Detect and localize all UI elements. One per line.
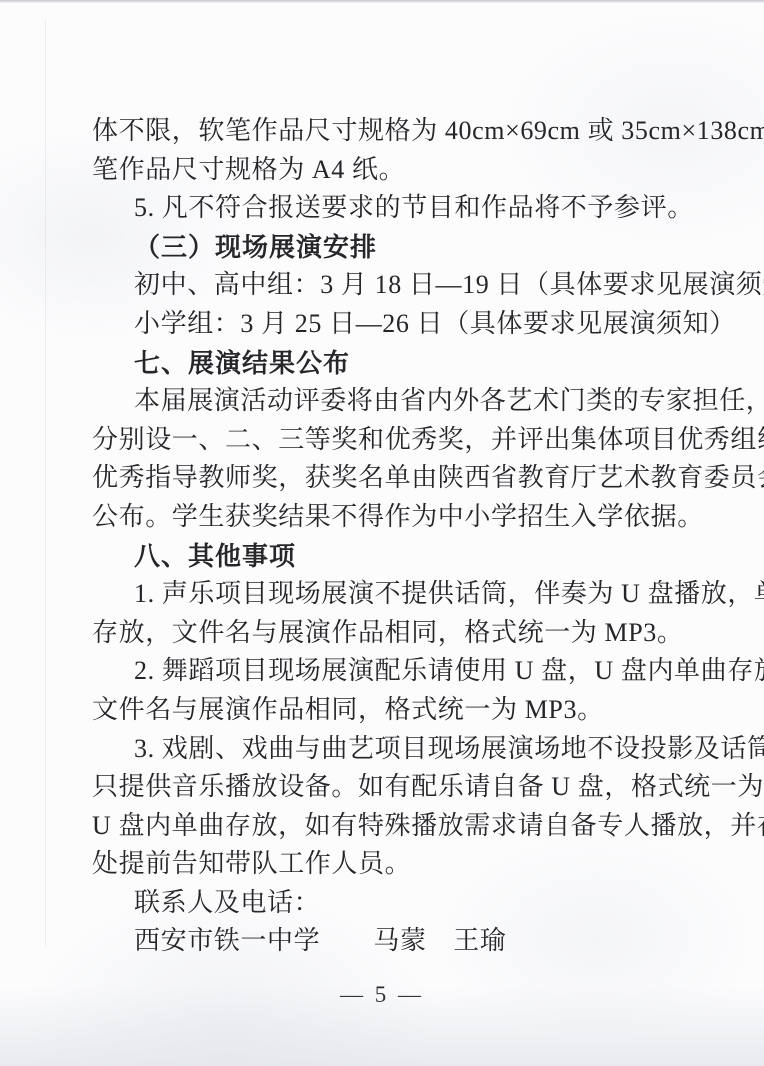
document-text-line: 优秀指导教师奖，获奖名单由陕西省教育厅艺术教育委员会发文 bbox=[92, 459, 678, 498]
document-heading-line: 八、其他事项 bbox=[92, 537, 678, 576]
document-body: 体不限，软笔作品尺寸规格为 40cm×69cm 或 35cm×138cm；硬笔作… bbox=[92, 112, 678, 961]
document-text-line: 3. 戏剧、戏曲与曲艺项目现场展演场地不设投影及话筒， bbox=[92, 730, 678, 769]
document-heading-line: （三）现场展演安排 bbox=[92, 228, 678, 267]
document-text-line: 5. 凡不符合报送要求的节目和作品将不予参评。 bbox=[92, 189, 678, 228]
document-heading-line: 七、展演结果公布 bbox=[92, 344, 678, 383]
document-text-line: 联系人及电话： bbox=[92, 884, 678, 923]
document-text-line: 初中、高中组：3 月 18 日—19 日（具体要求见展演须知） bbox=[92, 266, 678, 305]
document-text-line: 2. 舞蹈项目现场展演配乐请使用 U 盘，U 盘内单曲存放， bbox=[92, 652, 678, 691]
document-text-line: 处提前告知带队工作人员。 bbox=[92, 845, 678, 884]
document-text-line: 1. 声乐项目现场展演不提供话筒，伴奏为 U 盘播放，单曲 bbox=[92, 575, 678, 614]
document-text-line: 存放，文件名与展演作品相同，格式统一为 MP3。 bbox=[92, 614, 678, 653]
document-text-line: 体不限，软笔作品尺寸规格为 40cm×69cm 或 35cm×138cm；硬 bbox=[92, 112, 678, 151]
document-text-line: 本届展演活动评委将由省内外各艺术门类的专家担任，各组 bbox=[92, 382, 678, 421]
scan-top-edge-artifact bbox=[0, 0, 764, 3]
document-page: 体不限，软笔作品尺寸规格为 40cm×69cm 或 35cm×138cm；硬笔作… bbox=[0, 0, 764, 1066]
document-text-line: 公布。学生获奖结果不得作为中小学招生入学依据。 bbox=[92, 498, 678, 537]
scan-left-line-artifact bbox=[45, 20, 46, 946]
document-text-line: 只提供音乐播放设备。如有配乐请自备 U 盘，格式统一为 MP3。 bbox=[92, 768, 678, 807]
document-text-line: 文件名与展演作品相同，格式统一为 MP3。 bbox=[92, 691, 678, 730]
document-text-line: 笔作品尺寸规格为 A4 纸。 bbox=[92, 151, 678, 190]
document-text-line: U 盘内单曲存放，如有特殊播放需求请自备专人播放，并在检录 bbox=[92, 807, 678, 846]
page-number: — 5 — bbox=[0, 982, 764, 1008]
document-text-line: 西安市铁一中学 马蒙 王瑜 bbox=[92, 922, 678, 961]
document-text-line: 小学组：3 月 25 日—26 日（具体要求见展演须知） bbox=[92, 305, 678, 344]
document-text-line: 分别设一、二、三等奖和优秀奖，并评出集体项目优秀组织奖和 bbox=[92, 421, 678, 460]
